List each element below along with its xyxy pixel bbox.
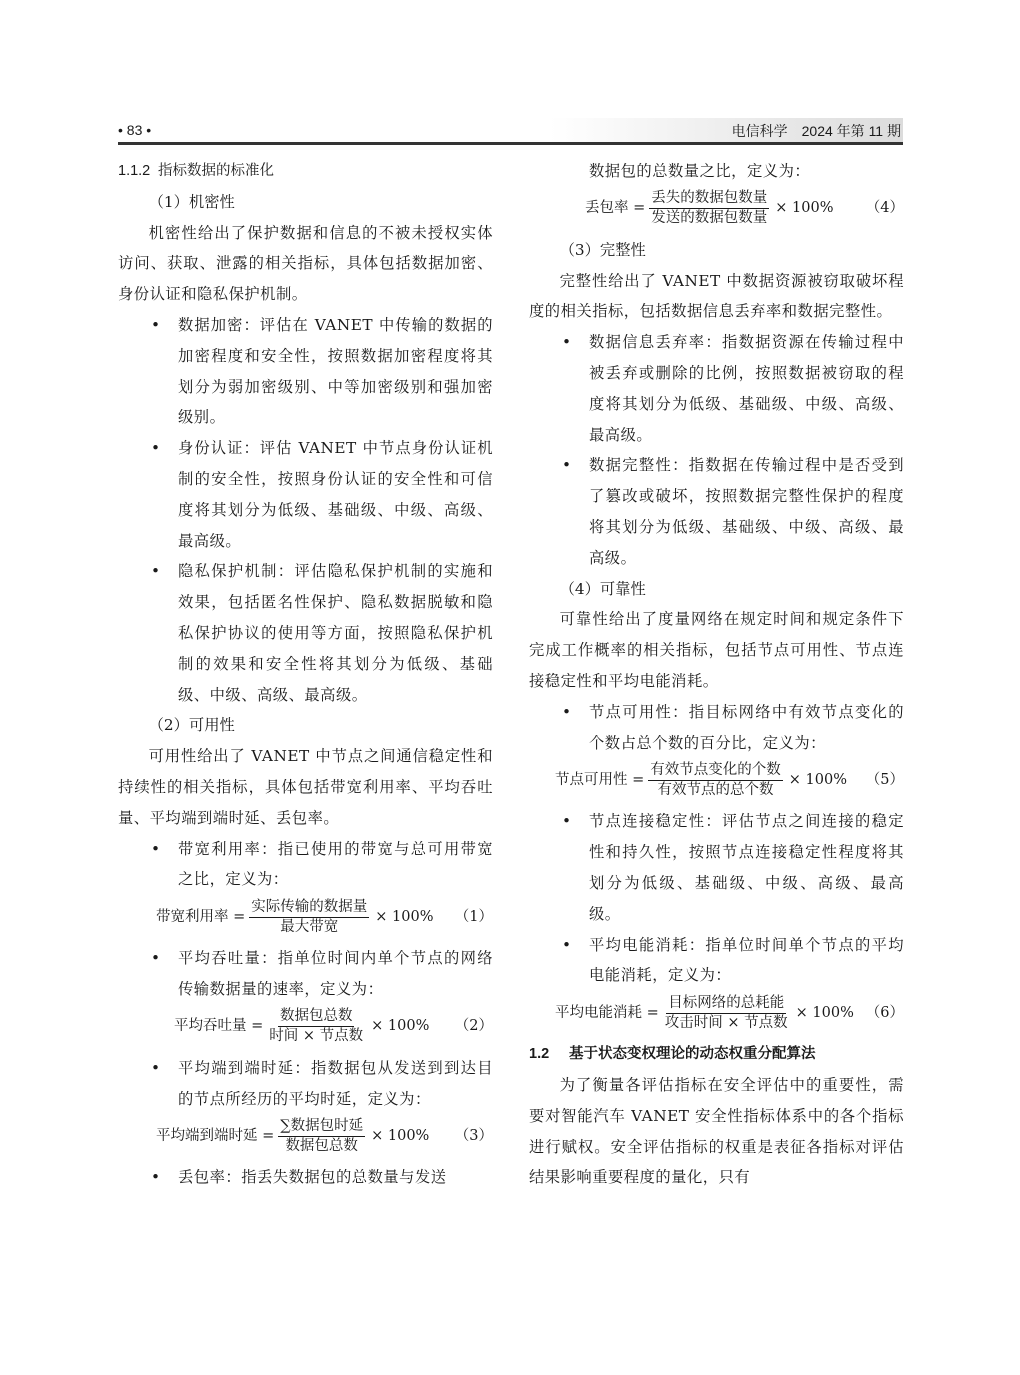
equation-number: （1） (455, 902, 493, 933)
bullet-item: 带宽利用率：指已使用的带宽与总可用带宽之比，定义为： (118, 834, 493, 896)
bullet-item: 节点连接稳定性：评估节点之间连接的稳定性和持久性，按照节点连接稳定性程度将其划分… (529, 806, 904, 929)
equation-4: 丢包率 = 丢失的数据包数量发送的数据包数量 × 100% （4） (529, 189, 904, 229)
equation-1: 带宽利用率 = 实际传输的数据量最大带宽 × 100% （1） (118, 897, 493, 937)
paragraph: 为了衡量各评估指标在安全评估中的重要性，需要对智能汽车 VANET 安全性指标体… (529, 1070, 904, 1193)
subheading-integrity: （3）完整性 (529, 235, 904, 266)
paragraph: 完整性给出了 VANET 中数据资源被窃取破坏程度的相关指标，包括数据信息丢弃率… (529, 266, 904, 328)
section-heading-1-1-2: 1.1.2指标数据的标准化 (118, 156, 493, 187)
bullet-item: 平均吞吐量：指单位时间内单个节点的网络传输数据量的速率，定义为： (118, 943, 493, 1005)
fraction: 数据包总数时间 × 节点数 (267, 1007, 365, 1046)
subheading-availability: （2）可用性 (118, 710, 493, 741)
section-heading-1-2: 1.2基于状态变权理论的动态权重分配算法 (529, 1039, 904, 1070)
bullet-item: 平均电能消耗：指单位时间单个节点的平均电能消耗，定义为： (529, 930, 904, 992)
journal-issue: 电信科学 2024 年第 11 期 (732, 121, 901, 141)
page-header: • 83 • 电信科学 2024 年第 11 期 (118, 118, 903, 142)
right-column: 数据包的总数量之比，定义为： 丢包率 = 丢失的数据包数量发送的数据包数量 × … (529, 156, 904, 1193)
bullet-item: 丢包率：指丢失数据包的总数量与发送 (118, 1162, 493, 1193)
equation-number: （6） (866, 998, 904, 1029)
paragraph-continuation: 数据包的总数量之比，定义为： (529, 156, 904, 187)
bullet-item: 节点可用性：指目标网络中有效节点变化的个数占总个数的百分比，定义为： (529, 697, 904, 759)
equation-number: （4） (866, 193, 904, 224)
equation-number: （2） (455, 1011, 493, 1042)
subheading-reliability: （4）可靠性 (529, 574, 904, 605)
fraction: 丢失的数据包数量发送的数据包数量 (649, 189, 769, 228)
left-column: 1.1.2指标数据的标准化 （1）机密性 机密性给出了保护数据和信息的不被未授权… (118, 156, 493, 1193)
page-number: • 83 • (118, 122, 151, 138)
bullet-item: 数据加密：评估在 VANET 中传输的数据的加密程度和安全性，按照数据加密程度将… (118, 310, 493, 433)
equation-3: 平均端到端时延 = ∑数据包时延数据包总数 × 100% （3） (118, 1116, 493, 1156)
subheading-confidentiality: （1）机密性 (118, 187, 493, 218)
fraction: 目标网络的总耗能攻击时间 × 节点数 (663, 994, 790, 1033)
header-rule (118, 142, 903, 145)
equation-5: 节点可用性 = 有效节点变化的个数有效节点的总个数 × 100% （5） (529, 760, 904, 800)
equation-number: （5） (866, 765, 904, 796)
fraction: ∑数据包时延数据包总数 (278, 1117, 365, 1156)
paragraph: 机密性给出了保护数据和信息的不被未授权实体访问、获取、泄露的相关指标，具体包括数… (118, 218, 493, 310)
fraction: 实际传输的数据量最大带宽 (249, 898, 369, 937)
bullet-item: 数据完整性：指数据在传输过程中是否受到了篡改或破坏，按照数据完整性保护的程度将其… (529, 450, 904, 573)
equation-2: 平均吞吐量 = 数据包总数时间 × 节点数 × 100% （2） (118, 1007, 493, 1047)
bullet-item: 身份认证：评估 VANET 中节点身份认证机制的安全性，按照身份认证的安全性和可… (118, 433, 493, 556)
bullet-item: 数据信息丢弃率：指数据资源在传输过程中被丢弃或删除的比例，按照数据被窃取的程度将… (529, 327, 904, 450)
equation-6: 平均电能消耗 = 目标网络的总耗能攻击时间 × 节点数 × 100% （6） (529, 993, 904, 1033)
bullet-item: 隐私保护机制：评估隐私保护机制的实施和效果，包括匿名性保护、隐私数据脱敏和隐私保… (118, 556, 493, 710)
equation-number: （3） (455, 1121, 493, 1152)
paragraph: 可靠性给出了度量网络在规定时间和规定条件下完成工作概率的相关指标，包括节点可用性… (529, 604, 904, 696)
paragraph: 可用性给出了 VANET 中节点之间通信稳定性和持续性的相关指标，具体包括带宽利… (118, 741, 493, 833)
fraction: 有效节点变化的个数有效节点的总个数 (648, 761, 783, 800)
bullet-item: 平均端到端时延：指数据包从发送到到达目的节点所经历的平均时延，定义为： (118, 1053, 493, 1115)
